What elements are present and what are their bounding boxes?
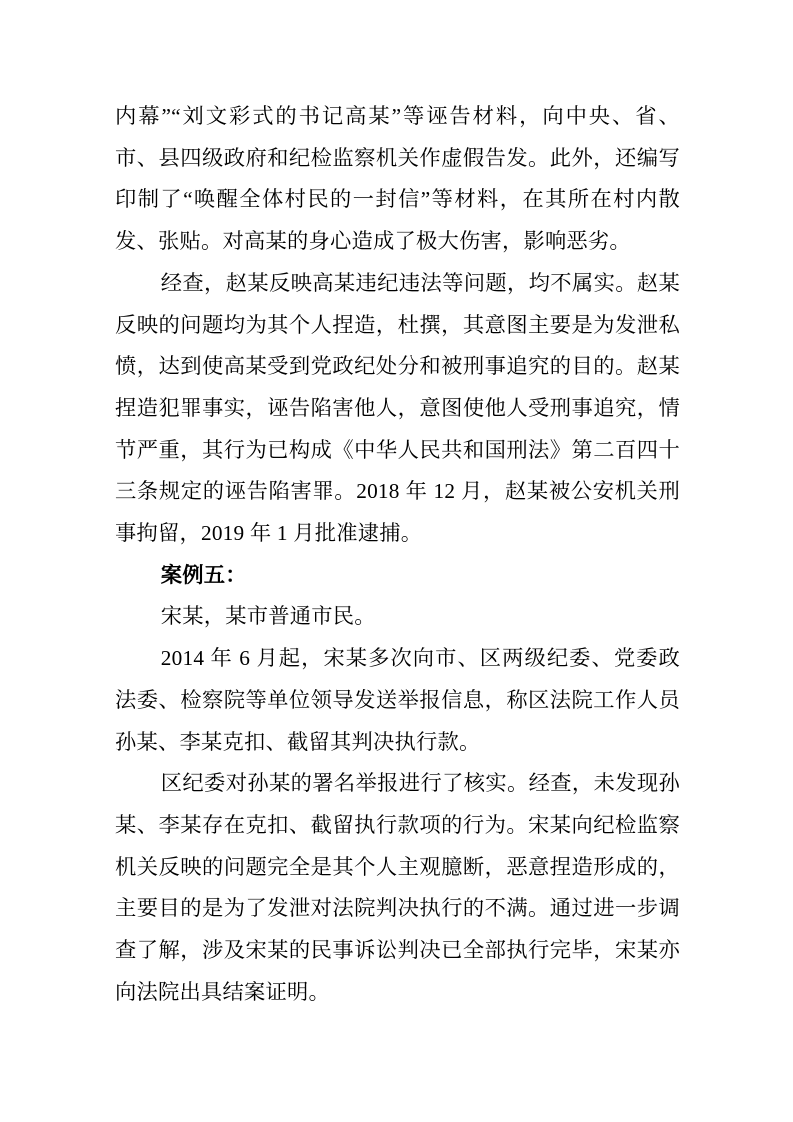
paragraph-song-intro: 宋某，某市普通市民。 xyxy=(115,596,680,638)
document-body: 内幕”“刘文彩式的书记高某”等诬告材料，向中央、省、市、县四级政府和纪检监察机关… xyxy=(115,96,680,1013)
paragraph-investigation-zhao: 经查，赵某反映高某违纪违法等问题，均不属实。赵某反映的问题均为其个人捏造，杜撰，… xyxy=(115,263,680,555)
paragraph-song-reports: 2014 年 6 月起，宋某多次向市、区两级纪委、党委政法委、检察院等单位领导发… xyxy=(115,638,680,763)
document-page: 内幕”“刘文彩式的书记高某”等诬告材料，向中央、省、市、县四级政府和纪检监察机关… xyxy=(0,0,793,1122)
case-five-heading: 案例五： xyxy=(115,555,680,597)
paragraph-continuation: 内幕”“刘文彩式的书记高某”等诬告材料，向中央、省、市、县四级政府和纪检监察机关… xyxy=(115,96,680,263)
paragraph-investigation-song: 区纪委对孙某的署名举报进行了核实。经查，未发现孙某、李某存在克扣、截留执行款项的… xyxy=(115,763,680,1013)
